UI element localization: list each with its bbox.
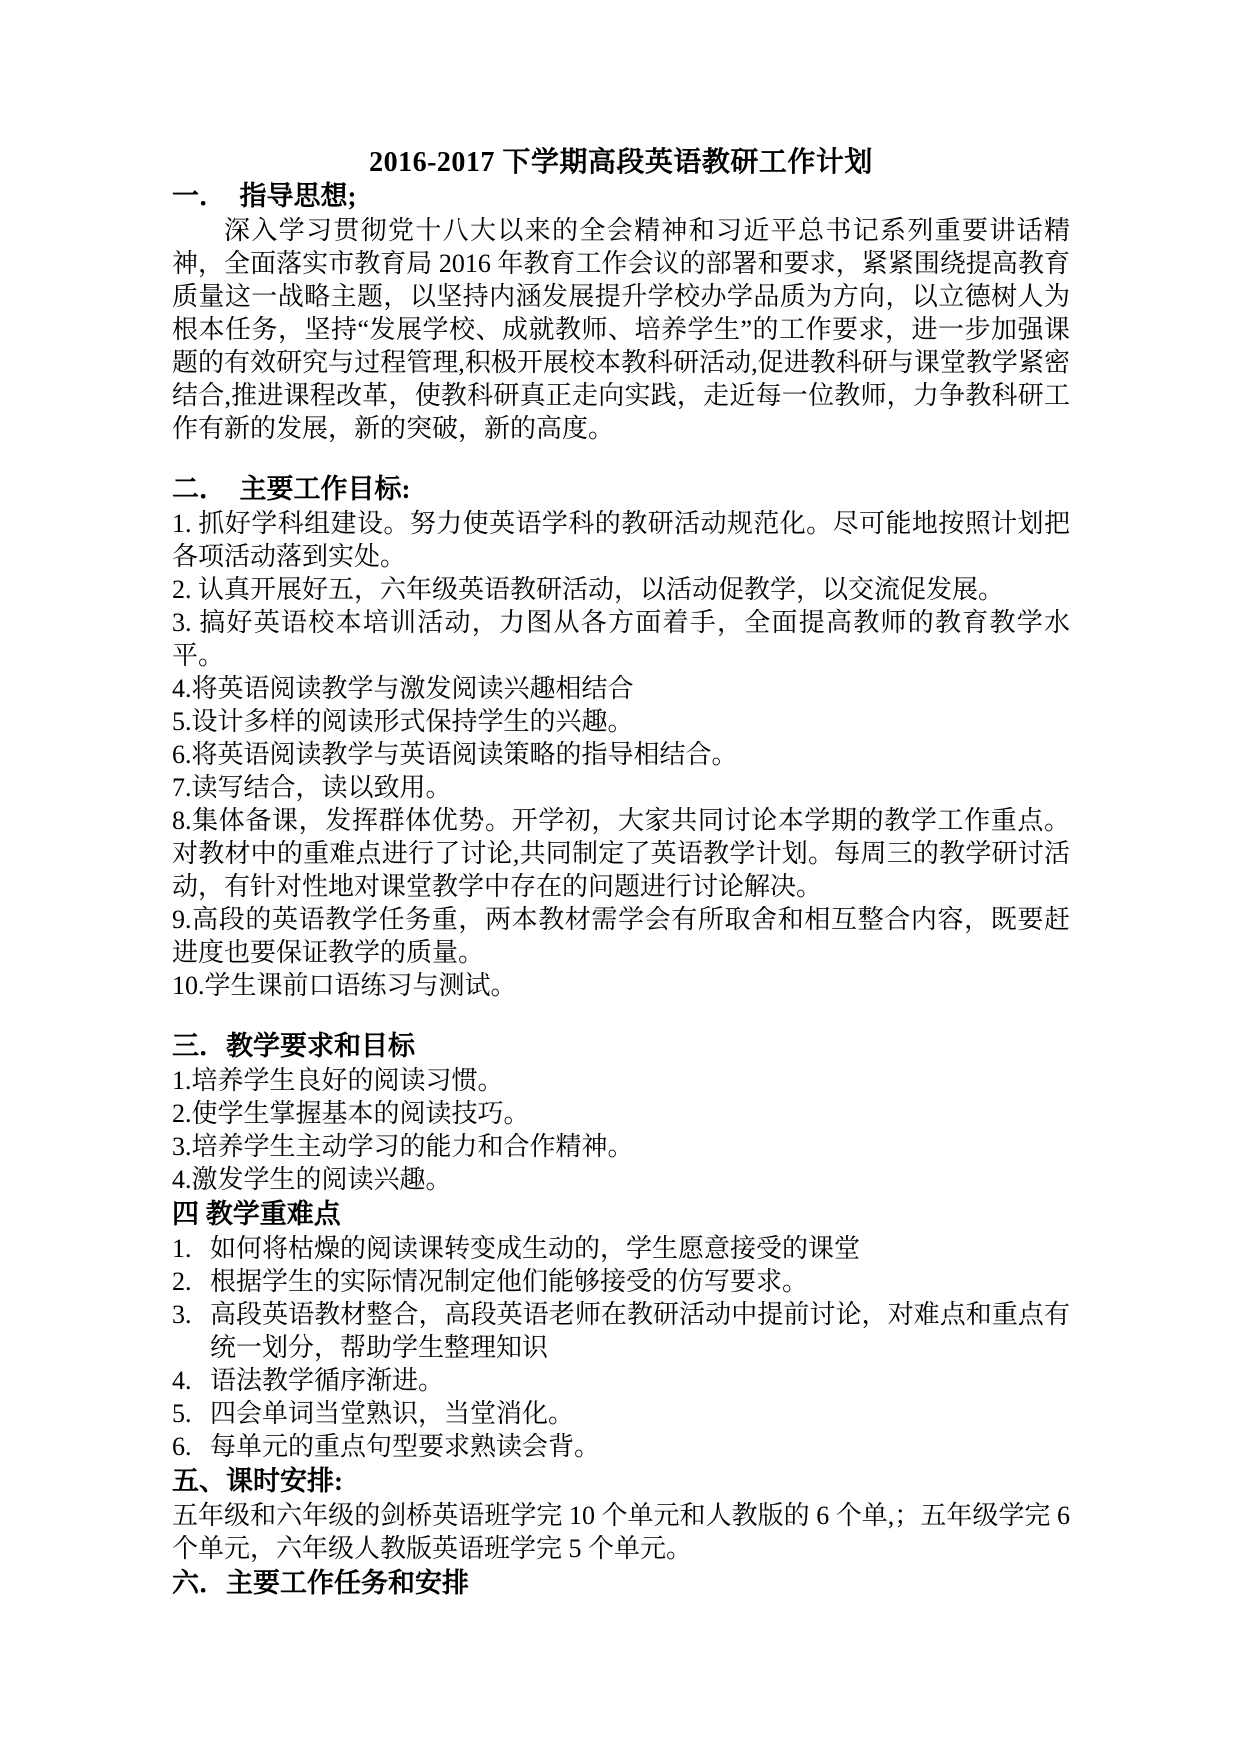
list-item: 1.培养学生良好的阅读习惯。 — [172, 1064, 1070, 1097]
section-heading-main-tasks: 六．主要工作任务和安排 — [172, 1565, 1070, 1601]
section-heading-main-goals: 二． 主要工作目标: — [172, 471, 1070, 507]
list-item: 5.设计多样的阅读形式保持学生的兴趣。 — [172, 705, 1070, 738]
section-main-tasks: 六．主要工作任务和安排 — [172, 1565, 1070, 1601]
numbered-list-item: 1.如何将枯燥的阅读课转变成生动的，学生愿意接受的课堂 — [172, 1232, 1070, 1265]
document-page: 2016-2017 下学期高段英语教研工作计划 一． 指导思想; 深入学习贯彻党… — [0, 0, 1241, 1754]
item-text: 根据学生的实际情况制定他们能够接受的仿写要求。 — [210, 1265, 1070, 1298]
lesson-schedule-paragraph: 五年级和六年级的剑桥英语班学完 10 个单元和人教版的 6 个单,；五年级学完 … — [172, 1499, 1070, 1565]
numbered-list-item: 5.四会单词当堂熟识，当堂消化。 — [172, 1397, 1070, 1430]
list-item: 3. 搞好英语校本培训活动，力图从各方面着手，全面提高教师的教育教学水平。 — [172, 606, 1070, 672]
section-heading-lesson-schedule: 五、课时安排: — [172, 1463, 1070, 1499]
item-text: 四会单词当堂熟识，当堂消化。 — [210, 1397, 1070, 1430]
item-text: 如何将枯燥的阅读课转变成生动的，学生愿意接受的课堂 — [210, 1232, 1070, 1265]
list-item: 10.学生课前口语练习与测试。 — [172, 969, 1070, 1002]
teaching-requirements-list: 1.培养学生良好的阅读习惯。2.使学生掌握基本的阅读技巧。3.培养学生主动学习的… — [172, 1064, 1070, 1196]
item-text: 语法教学循序渐进。 — [210, 1364, 1070, 1397]
section-guiding-ideology: 一． 指导思想; 深入学习贯彻党十八大以来的全会精神和习近平总书记系列重要讲话精… — [172, 178, 1070, 445]
section-teaching-requirements: 三．教学要求和目标 1.培养学生良好的阅读习惯。2.使学生掌握基本的阅读技巧。3… — [172, 1028, 1070, 1196]
section-lesson-schedule: 五、课时安排: 五年级和六年级的剑桥英语班学完 10 个单元和人教版的 6 个单… — [172, 1463, 1070, 1565]
item-text: 每单元的重点句型要求熟读会背。 — [210, 1430, 1070, 1463]
numbered-list-item: 6.每单元的重点句型要求熟读会背。 — [172, 1430, 1070, 1463]
item-number: 3. — [172, 1298, 210, 1364]
section-heading-teaching-requirements: 三．教学要求和目标 — [172, 1028, 1070, 1064]
list-item: 1. 抓好学科组建设。努力使英语学科的教研活动规范化。尽可能地按照计划把各项活动… — [172, 507, 1070, 573]
guiding-ideology-paragraph: 深入学习贯彻党十八大以来的全会精神和习近平总书记系列重要讲话精神，全面落实市教育… — [172, 214, 1070, 445]
list-item: 3.培养学生主动学习的能力和合作精神。 — [172, 1130, 1070, 1163]
section-main-goals: 二． 主要工作目标: 1. 抓好学科组建设。努力使英语学科的教研活动规范化。尽可… — [172, 471, 1070, 1002]
item-number: 5. — [172, 1397, 210, 1430]
list-item: 6.将英语阅读教学与英语阅读策略的指导相结合。 — [172, 738, 1070, 771]
numbered-list-item: 3.高段英语教材整合，高段英语老师在教研活动中提前讨论，对难点和重点有统一划分，… — [172, 1298, 1070, 1364]
section-key-difficulties: 四 教学重难点 1.如何将枯燥的阅读课转变成生动的，学生愿意接受的课堂2.根据学… — [172, 1196, 1070, 1463]
document-title: 2016-2017 下学期高段英语教研工作计划 — [172, 148, 1070, 178]
item-number: 1. — [172, 1232, 210, 1265]
key-difficulties-list: 1.如何将枯燥的阅读课转变成生动的，学生愿意接受的课堂2.根据学生的实际情况制定… — [172, 1232, 1070, 1463]
list-item: 4.将英语阅读教学与激发阅读兴趣相结合 — [172, 672, 1070, 705]
section-heading-key-difficulties: 四 教学重难点 — [172, 1196, 1070, 1232]
list-item: 9.高段的英语教学任务重，两本教材需学会有所取舍和相互整合内容，既要赶进度也要保… — [172, 903, 1070, 969]
item-number: 6. — [172, 1430, 210, 1463]
item-number: 4. — [172, 1364, 210, 1397]
numbered-list-item: 4.语法教学循序渐进。 — [172, 1364, 1070, 1397]
item-text: 高段英语教材整合，高段英语老师在教研活动中提前讨论，对难点和重点有统一划分，帮助… — [210, 1298, 1070, 1364]
item-number: 2. — [172, 1265, 210, 1298]
main-goals-list: 1. 抓好学科组建设。努力使英语学科的教研活动规范化。尽可能地按照计划把各项活动… — [172, 507, 1070, 1002]
list-item: 7.读写结合，读以致用。 — [172, 771, 1070, 804]
list-item: 2.使学生掌握基本的阅读技巧。 — [172, 1097, 1070, 1130]
list-item: 2. 认真开展好五，六年级英语教研活动，以活动促教学，以交流促发展。 — [172, 573, 1070, 606]
list-item: 8.集体备课，发挥群体优势。开学初，大家共同讨论本学期的教学工作重点。对教材中的… — [172, 804, 1070, 903]
list-item: 4.激发学生的阅读兴趣。 — [172, 1163, 1070, 1196]
numbered-list-item: 2.根据学生的实际情况制定他们能够接受的仿写要求。 — [172, 1265, 1070, 1298]
section-heading-guiding-ideology: 一． 指导思想; — [172, 178, 1070, 214]
